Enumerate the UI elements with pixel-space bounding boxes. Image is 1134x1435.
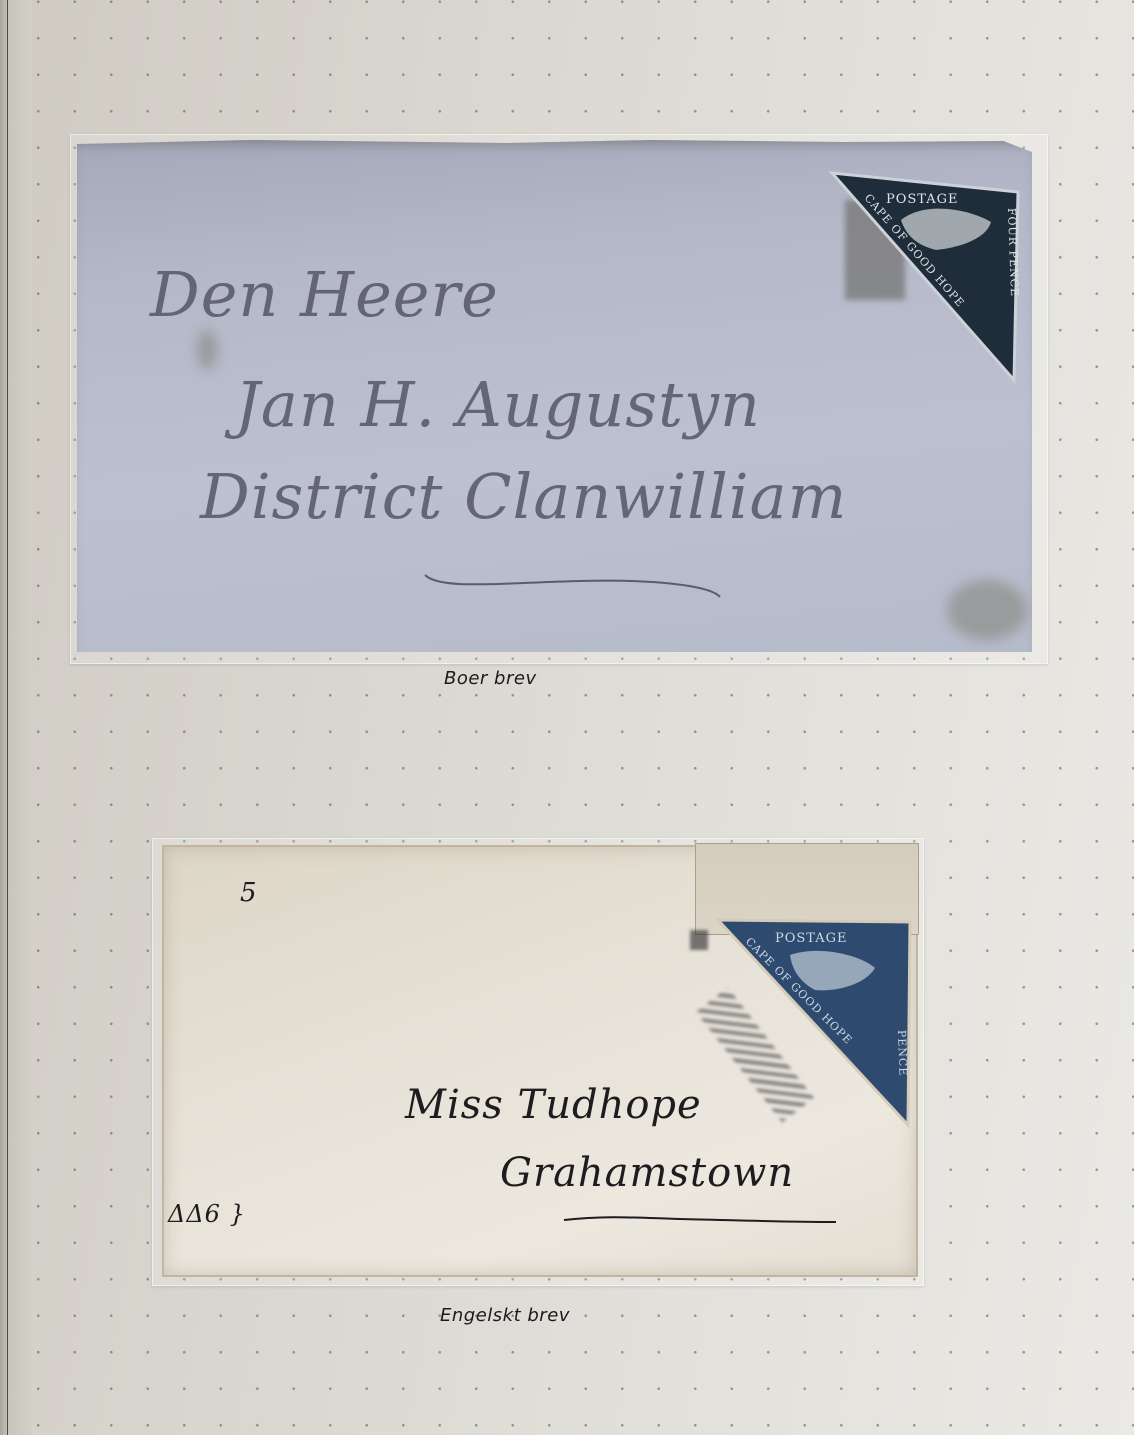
binder-band [8,0,32,1435]
cancellation-mark [690,930,708,950]
triangle-stamp-four-pence: POSTAGE FOUR PENCE CAPE OF GOOD HOPE [826,170,1026,380]
stain [947,580,1027,640]
address-line-2: Grahamstown [500,1150,794,1196]
caption-boer-brev: Boer brev [444,668,537,689]
stamp-top-text: POSTAGE [886,192,959,207]
corner-note: 5 [240,878,258,908]
underline [560,1210,840,1230]
stamp-side-text: PENCE [895,1030,910,1077]
underline-flourish [420,565,740,605]
stamp-top-text: POSTAGE [775,931,848,946]
stain [197,330,217,370]
docket-note: ΔΔ6 } [168,1200,246,1228]
address-line-2: Jan H. Augustyn [235,368,761,441]
binder-edge [0,0,8,1435]
address-line-1: Den Heere [150,258,499,331]
address-line-1: Miss Tudhope [405,1082,702,1128]
caption-engelskt-brev: Engelskt brev [440,1305,570,1326]
address-line-3: District Clanwilliam [200,460,847,533]
